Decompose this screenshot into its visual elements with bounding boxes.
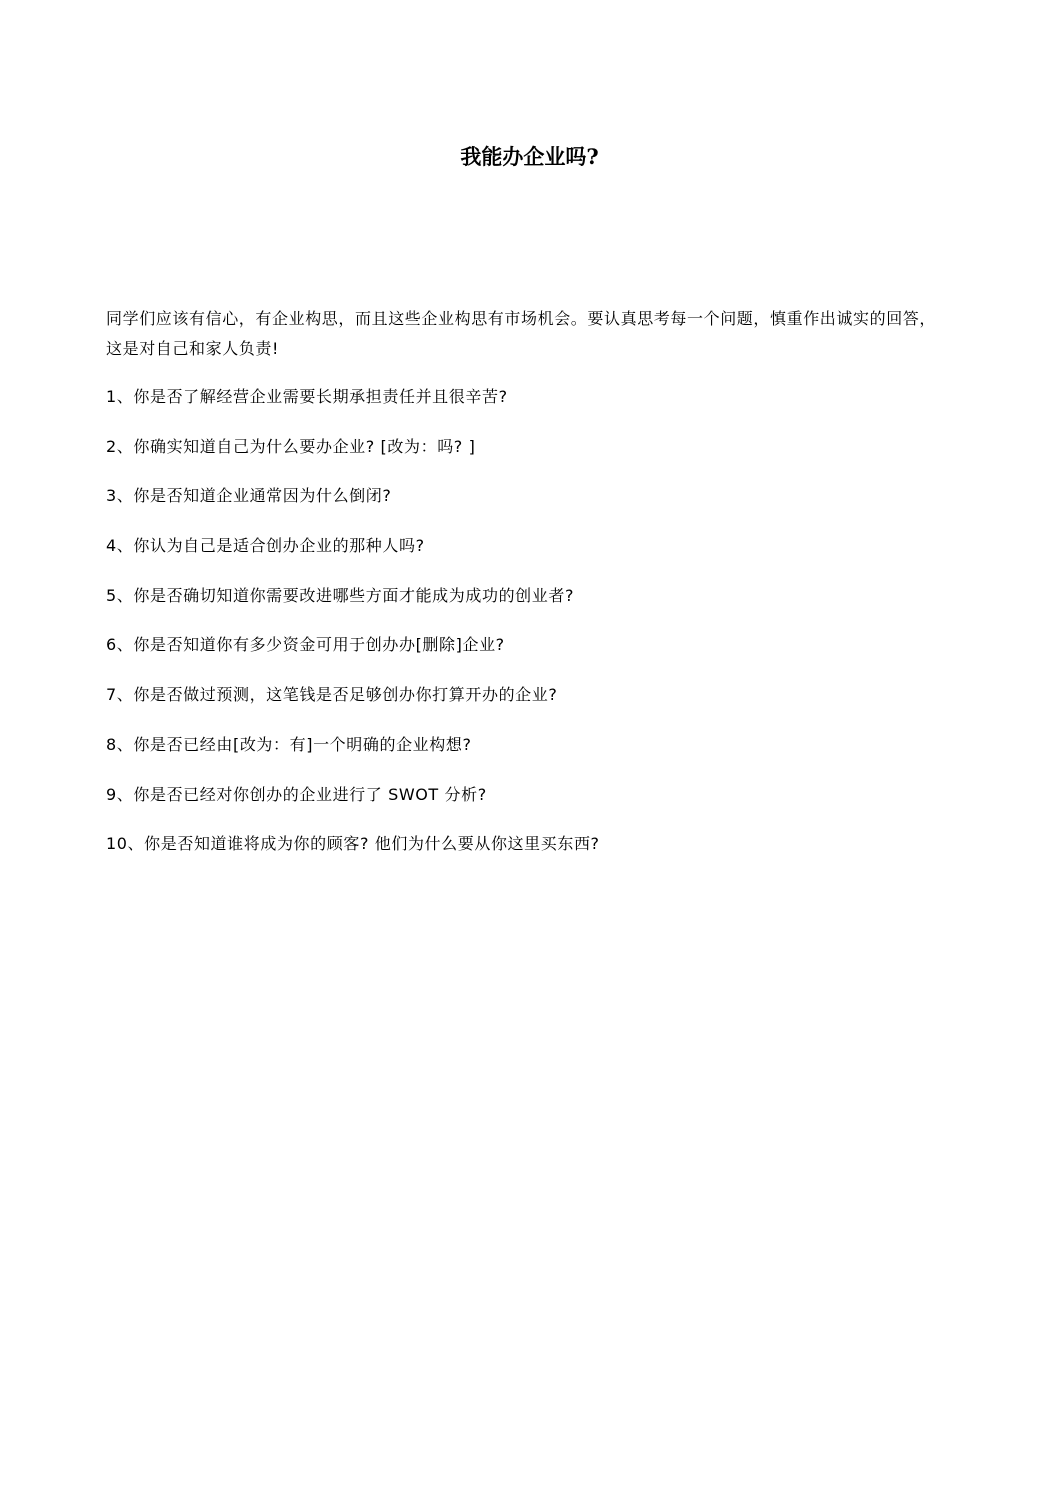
question-item: 3、你是否知道企业通常因为什么倒闭? xyxy=(106,484,946,534)
document-title: 我能办企业吗? xyxy=(0,141,1059,173)
question-item: 7、你是否做过预测，这笔钱是否足够创办你打算开办的企业? xyxy=(106,683,946,733)
question-item: 5、你是否确切知道你需要改进哪些方面才能成为成功的创业者? xyxy=(106,584,946,634)
intro-paragraph: 同学们应该有信心，有企业构思，而且这些企业构思有市场机会。要认真思考每一个问题，… xyxy=(106,304,936,364)
question-item: 10、你是否知道谁将成为你的顾客? 他们为什么要从你这里买东西? xyxy=(106,832,946,882)
question-item: 2、你确实知道自己为什么要办企业? [改为：吗? ] xyxy=(106,435,946,485)
question-item: 4、你认为自己是适合创办企业的那种人吗? xyxy=(106,534,946,584)
question-list: 1、你是否了解经营企业需要长期承担责任并且很辛苦? 2、你确实知道自己为什么要办… xyxy=(106,385,946,882)
question-item: 8、你是否已经由[改为：有]一个明确的企业构想? xyxy=(106,733,946,783)
question-item: 9、你是否已经对你创办的企业进行了 SWOT 分析? xyxy=(106,783,946,833)
question-item: 1、你是否了解经营企业需要长期承担责任并且很辛苦? xyxy=(106,385,946,435)
document-page: 我能办企业吗? 同学们应该有信心，有企业构思，而且这些企业构思有市场机会。要认真… xyxy=(0,0,1059,1497)
question-item: 6、你是否知道你有多少资金可用于创办办[删除]企业? xyxy=(106,633,946,683)
